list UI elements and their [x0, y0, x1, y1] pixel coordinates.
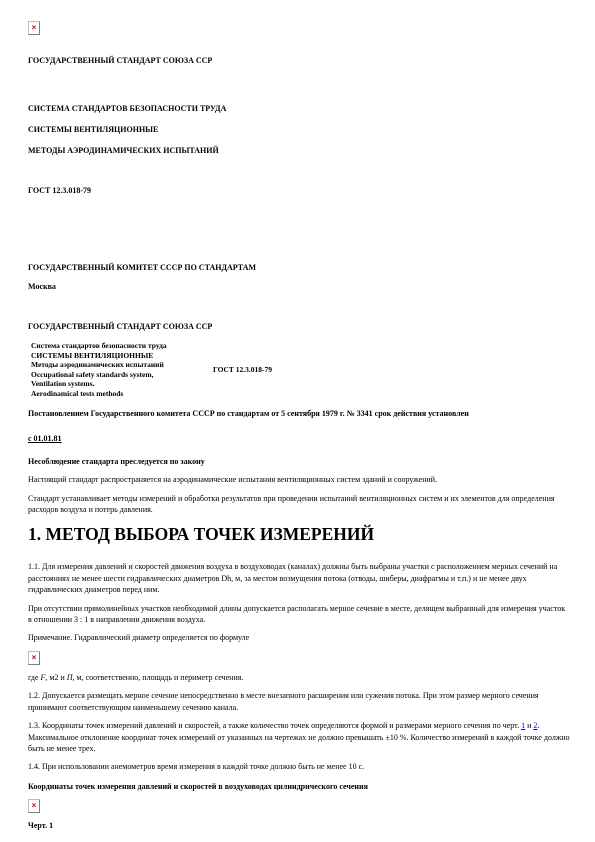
title-block-line: Aerodinamical tests methods — [31, 389, 203, 399]
aerodynamic-methods-title: МЕТОДЫ АЭРОДИНАМИЧЕСКИХ ИСПЫТАНИЙ — [28, 145, 570, 156]
broken-image-x-glyph: × — [32, 24, 37, 32]
broken-image-x-glyph: × — [32, 654, 37, 662]
section-1-heading: 1. МЕТОД ВЫБОРА ТОЧЕК ИЗМЕРЕНИЙ — [28, 523, 570, 545]
effective-date: с 01.01.81 — [28, 433, 570, 444]
title-block-line: Occupational safety standards system, — [31, 370, 203, 380]
title-block-line: Методы аэродинамических испытаний — [31, 360, 203, 370]
formula-legend-pre: где — [28, 673, 41, 682]
paragraph-1-1: 1.1. Для измерения давлений и скоростей … — [28, 561, 570, 595]
title-block-line: Ventilation systems. — [31, 379, 203, 389]
broken-image-icon: × — [28, 21, 40, 35]
paragraph-1-3: 1.3. Координаты точек измерений давлений… — [28, 720, 570, 754]
decree-paragraph: Постановлением Государственного комитета… — [28, 408, 570, 419]
title-block-line: СИСТЕМЫ ВЕНТИЛЯЦИОННЫЕ — [31, 351, 203, 361]
scope-paragraph-1: Настоящий стандарт распространяется на а… — [28, 474, 570, 485]
formula-legend-mid: , м2 и — [45, 673, 66, 682]
title-block-line: Система стандартов безопасности труда — [31, 341, 203, 351]
state-standard-title-repeat: ГОСУДАРСТВЕННЫЙ СТАНДАРТ СОЮЗА ССР — [28, 321, 570, 332]
scope-paragraph-2: Стандарт устанавливает методы измерений … — [28, 493, 570, 516]
figure-image-row: × — [28, 799, 570, 813]
standards-system-title: СИСТЕМА СТАНДАРТОВ БЕЗОПАСНОСТИ ТРУДА — [28, 103, 570, 114]
document-page: × ГОСУДАРСТВЕННЫЙ СТАНДАРТ СОЮЗА ССР СИС… — [0, 0, 595, 842]
gost-number: ГОСТ 12.3.018-79 — [28, 185, 570, 196]
broken-figure-image-icon: × — [28, 799, 40, 813]
paragraph-1-4: 1.4. При использовании анемометров время… — [28, 761, 570, 772]
paragraph-1-1b: При отсутствии прямолинейных участков не… — [28, 603, 570, 626]
paragraph-1-2: 1.2. Допускается размещать мерное сечени… — [28, 690, 570, 713]
figure-caption: Координаты точек измерения давлений и ск… — [28, 781, 570, 792]
city-line: Москва — [28, 281, 570, 292]
broken-formula-image-icon: × — [28, 651, 40, 665]
formula-legend-post: , м, соответственно, площадь и периметр … — [73, 673, 244, 682]
broken-image-x-glyph: × — [32, 802, 37, 810]
paragraph-1-3-text: 1.3. Координаты точек измерений давлений… — [28, 721, 521, 730]
state-committee-line: ГОСУДАРСТВЕННЫЙ КОМИТЕТ СССР ПО СТАНДАРТ… — [28, 262, 570, 273]
ventilation-systems-title: СИСТЕМЫ ВЕНТИЛЯЦИОННЫЕ — [28, 124, 570, 135]
state-standard-title: ГОСУДАРСТВЕННЫЙ СТАНДАРТ СОЮЗА ССР — [28, 55, 570, 66]
figure-label: Черт. 1 — [28, 820, 570, 831]
formula-image-row: × — [28, 651, 570, 665]
note-paragraph: Примечание. Гидравлический диаметр опред… — [28, 632, 570, 643]
title-block-gost-cell: ГОСТ 12.3.018-79 — [213, 341, 273, 398]
title-block-table: Система стандартов безопасности труда СИ… — [31, 341, 570, 398]
title-block-left-column: Система стандартов безопасности труда СИ… — [31, 341, 203, 398]
title-block-gost-number: ГОСТ 12.3.018-79 — [213, 365, 272, 375]
law-notice: Несоблюдение стандарта преследуется по з… — [28, 456, 570, 467]
formula-legend: где F, м2 и П, м, соответственно, площад… — [28, 672, 570, 683]
